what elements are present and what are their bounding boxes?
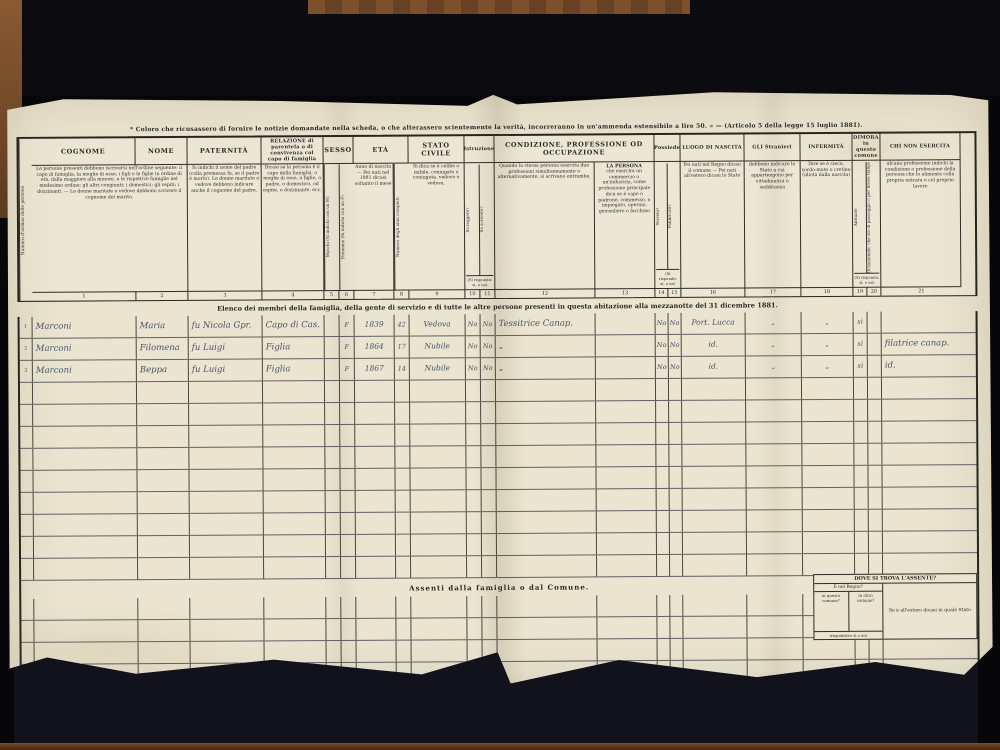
- cell-paternita: [189, 426, 263, 447]
- col-eta-anni-desc: Numero degli anni compiuti: [394, 164, 410, 290]
- col-infermita-title: INFERMITÀ: [800, 134, 852, 161]
- cell-persona: [597, 533, 657, 554]
- cell-occasionale: [869, 532, 883, 553]
- cell-professione: [496, 380, 596, 402]
- cell-anno: 1867: [355, 359, 395, 380]
- col-possiede-num-t: 14: [655, 288, 668, 297]
- cell-paternita: [190, 492, 264, 513]
- cell-luogo: [683, 489, 747, 510]
- cell-stato: [410, 403, 466, 424]
- cell-luogo: [682, 379, 746, 400]
- cell-abituale: [854, 400, 868, 421]
- cell-infermita: [804, 638, 856, 659]
- cell-luogo: [682, 445, 746, 466]
- cell-chi_non: [883, 554, 963, 575]
- cell-cognome: [33, 383, 137, 405]
- col-cognome-num: 1: [32, 292, 136, 302]
- cell-paternita: [189, 382, 263, 403]
- cell-nome: [139, 642, 191, 663]
- cell-abituale: sì: [854, 356, 868, 377]
- cell-f: F: [340, 315, 355, 336]
- cell-chi_non: [883, 510, 963, 531]
- col-dimora-num-o: 20: [867, 287, 881, 296]
- cell-abituale: [854, 422, 868, 443]
- col-condizione-num: 12: [495, 289, 595, 299]
- cell-nome: [137, 448, 189, 469]
- cell-professione: [496, 446, 596, 468]
- cell-professione: [497, 618, 597, 640]
- cell-chi_non: [882, 444, 962, 465]
- cell-occasionale: [870, 638, 884, 659]
- cell-abituale: sì: [854, 334, 868, 355]
- cell-f: [341, 535, 356, 556]
- cell-n: [20, 449, 33, 470]
- cell-m: [325, 403, 340, 424]
- cell-chi_non: [882, 400, 962, 421]
- cell-terreni: No: [656, 357, 669, 378]
- cell-relazione: [263, 469, 325, 490]
- cell-stato: [410, 425, 466, 446]
- cell-stato: Nubile: [410, 337, 466, 358]
- col-condizione-desc: Quando la stessa persona esercita due pr…: [495, 162, 596, 289]
- cell-anno: [355, 425, 395, 446]
- cell-paternita: [191, 642, 265, 663]
- cell-anni: [395, 425, 410, 446]
- cell-relazione: [264, 535, 326, 556]
- cell-occasionale: [868, 400, 882, 421]
- cell-scrivere: [482, 556, 497, 577]
- cell-n: 3: [20, 361, 33, 382]
- cell-f: [341, 557, 356, 578]
- cell-cognome: [34, 493, 138, 515]
- cell-straniero: [747, 555, 803, 576]
- cell-terreni: [656, 467, 669, 488]
- cell-nome: [138, 620, 190, 641]
- cell-f: [341, 513, 356, 534]
- col-istruzione-title: Istruzione: [464, 136, 494, 163]
- cell-infermita: [802, 444, 854, 465]
- cell-straniero: „: [746, 357, 802, 378]
- absent-box-altro-comune: in altro comune?: [849, 592, 883, 631]
- col-row-number-label: Numero d'ordine delle persone: [18, 139, 32, 301]
- col-relazione-title: RELAZIONE di parentela o di convivenza c…: [261, 137, 323, 164]
- table-header: Numero d'ordine delle persone COGNOME NO…: [16, 131, 977, 302]
- cell-stato: [410, 469, 466, 490]
- cell-leggere: [467, 556, 482, 577]
- cell-persona: [596, 335, 656, 356]
- cell-persona: [596, 445, 656, 466]
- cell-chi_non: id.: [882, 356, 962, 377]
- col-nome-num: 2: [136, 291, 188, 300]
- cell-occasionale: [868, 422, 882, 443]
- cell-cognome: [33, 427, 137, 449]
- cell-occasionale: [869, 554, 883, 575]
- cell-occasionale: [869, 488, 883, 509]
- cell-paternita: fu Nicola Gpr.: [189, 316, 263, 337]
- cell-anno: [356, 513, 396, 534]
- cell-m: [326, 491, 341, 512]
- cell-persona: [596, 401, 656, 422]
- cell-infermita: [803, 554, 855, 575]
- absent-location-box: DOVE SI TROVA L'ASSENTE? È nel Regno? in…: [813, 573, 977, 640]
- col-stato-desc: Si dica se è celibe o nubile, coniugato …: [409, 163, 466, 290]
- cell-nome: Beppa: [137, 360, 189, 381]
- cell-stato: [411, 491, 467, 512]
- col-stranieri-title: GLI Stranieri: [744, 134, 800, 161]
- col-luogo-title: LUOGO DI NASCITA: [680, 134, 744, 161]
- cell-anni: [395, 403, 410, 424]
- cell-abituale: [854, 444, 868, 465]
- cell-professione: [496, 468, 596, 490]
- absent-box-estero: Se è all'estero dicasi in quale Stato: [883, 583, 976, 639]
- cell-luogo: [684, 639, 748, 660]
- cell-scrivere: [482, 618, 497, 639]
- cell-persona: [598, 639, 658, 660]
- col-eta-anno-desc: Anno di nascita — Pei nati nel 1881 dica…: [354, 164, 395, 291]
- cell-chi_non: filatrice canap.: [882, 334, 962, 355]
- cell-m: [325, 337, 340, 358]
- cell-straniero: [746, 379, 802, 400]
- cell-f: [341, 619, 356, 640]
- cell-anni: [396, 535, 411, 556]
- cell-infermita: [803, 510, 855, 531]
- cell-luogo: [682, 401, 746, 422]
- cell-persona: [597, 595, 657, 616]
- cell-chi_non: [882, 312, 962, 333]
- cell-straniero: [746, 445, 802, 466]
- cell-professione: [498, 640, 598, 662]
- cell-persona: [597, 511, 657, 532]
- cell-paternita: [189, 404, 263, 425]
- cell-anno: 1864: [355, 337, 395, 358]
- cell-m: [325, 425, 340, 446]
- cell-relazione: [263, 425, 325, 446]
- cell-professione: [497, 512, 597, 534]
- cell-f: [340, 447, 355, 468]
- cell-leggere: [466, 446, 481, 467]
- cell-cognome: [34, 537, 138, 559]
- cell-f: [340, 403, 355, 424]
- cell-occasionale: [869, 510, 883, 531]
- cell-f: [342, 641, 357, 662]
- cell-scrivere: No: [481, 358, 496, 379]
- cell-straniero: [747, 533, 803, 554]
- cell-occasionale: [868, 312, 882, 333]
- cell-stato: [411, 597, 467, 618]
- cell-fabbricati: [670, 533, 683, 554]
- cell-terreni: [657, 533, 670, 554]
- cell-occasionale: [868, 334, 882, 355]
- col-abituale: Abituale: [854, 162, 868, 273]
- cell-anno: [356, 491, 396, 512]
- cell-fabbricati: No: [669, 313, 682, 334]
- col-possiede-title: Possiede: [654, 135, 680, 162]
- col-possiede-sub: Terreni? Fabbricati? (Si risponda: sì, o…: [655, 162, 682, 289]
- col-infermita-num: 18: [801, 287, 853, 296]
- cell-anni: [396, 619, 411, 640]
- cell-relazione: [263, 381, 325, 402]
- cell-terreni: [656, 379, 669, 400]
- cell-leggere: [467, 490, 482, 511]
- cell-fabbricati: [669, 467, 682, 488]
- cell-anno: [357, 641, 397, 662]
- cell-infermita: [803, 532, 855, 553]
- cell-anni: 17: [395, 337, 410, 358]
- cell-straniero: [747, 617, 803, 638]
- cell-paternita: [189, 470, 263, 491]
- cell-professione: [497, 490, 597, 512]
- cell-m: [327, 641, 342, 662]
- col-chi-non-title: CHI NON ESERCITA: [880, 133, 960, 160]
- cell-m: [325, 381, 340, 402]
- col-cognome-nome-desc: Le persone presenti debbono iscriversi n…: [32, 165, 189, 292]
- cell-luogo: [683, 533, 747, 554]
- cell-anno: [356, 619, 396, 640]
- cell-m: [326, 535, 341, 556]
- col-dimora-nota: (Si risponda: sì, o no): [854, 273, 879, 286]
- cell-anni: [396, 557, 411, 578]
- cell-f: [340, 469, 355, 490]
- col-stranieri-num: 17: [745, 288, 801, 297]
- col-nome-title: NOME: [135, 138, 187, 165]
- cell-cognome: [34, 621, 138, 643]
- cell-terreni: [657, 489, 670, 510]
- cell-stato: Nubile: [410, 359, 466, 380]
- col-istruzione-num-s: 11: [480, 289, 495, 298]
- cell-chi_non: [882, 378, 962, 399]
- col-fabbricati: Fabbricati?: [668, 163, 680, 269]
- cell-nome: [137, 470, 189, 491]
- cell-m: [325, 469, 340, 490]
- cell-straniero: [747, 489, 803, 510]
- cell-persona: [597, 489, 657, 510]
- cell-cognome: Marconi: [33, 339, 137, 361]
- col-eta-title: ETÀ: [353, 137, 408, 164]
- wood-table-edge-bottom: [0, 743, 1000, 750]
- cell-scrivere: [482, 534, 497, 555]
- cell-infermita: „: [802, 312, 854, 333]
- cell-anno: [355, 469, 395, 490]
- cell-n: [21, 559, 34, 580]
- cell-professione: „: [496, 358, 596, 380]
- col-sesso-num-m: 5: [324, 290, 339, 299]
- col-istruzione-nota: (Si risponda: sì, o no): [466, 275, 493, 288]
- cell-infermita: „: [802, 356, 854, 377]
- cell-n: 2: [20, 339, 33, 360]
- cell-terreni: No: [656, 335, 669, 356]
- cell-f: [340, 425, 355, 446]
- cell-relazione: Capo di Cas.: [263, 315, 325, 336]
- col-stato-num: 9: [409, 290, 465, 299]
- cell-nome: Filomena: [137, 338, 189, 359]
- cell-leggere: [467, 512, 482, 533]
- dark-cover: [22, 0, 1000, 96]
- cell-leggere: [466, 424, 481, 445]
- cell-straniero: [747, 511, 803, 532]
- cell-occasionale: [868, 444, 882, 465]
- cell-scrivere: [482, 512, 497, 533]
- col-possiede-nota: (Si risponda: sì, o no): [656, 269, 679, 287]
- cell-m: [326, 619, 341, 640]
- cell-abituale: [855, 532, 869, 553]
- cell-professione: [497, 534, 597, 556]
- cell-cognome: [33, 471, 137, 493]
- cell-fabbricati: No: [669, 335, 682, 356]
- cell-m: [325, 447, 340, 468]
- cell-terreni: [657, 617, 670, 638]
- col-stranieri-desc: debbono indicare lo Stato a cui apparten…: [745, 161, 802, 288]
- cell-scrivere: [481, 402, 496, 423]
- cell-persona: [596, 379, 656, 400]
- col-chi-non-desc: alcuna professione indichi la condizione…: [881, 160, 962, 287]
- cell-anni: [396, 513, 411, 534]
- col-sesso-num-f: 6: [339, 290, 354, 299]
- cell-persona: [596, 313, 656, 334]
- wood-table-notch: [308, 0, 690, 14]
- cell-paternita: [189, 448, 263, 469]
- col-eta-num-anni: 8: [394, 290, 409, 299]
- col-istruzione-num-l: 10: [465, 289, 480, 298]
- cell-straniero: „: [746, 313, 802, 334]
- cell-scrivere: [482, 596, 497, 617]
- col-paternita-title: PATERNITÀ: [187, 137, 261, 164]
- col-sa-scrivere: Sa scrivere?: [480, 164, 494, 275]
- cell-f: [340, 381, 355, 402]
- cell-fabbricati: [670, 489, 683, 510]
- cell-paternita: fu Luigi: [189, 360, 263, 381]
- cell-cognome: [34, 599, 138, 621]
- cell-persona: [596, 357, 656, 378]
- cell-luogo: id.: [682, 335, 746, 356]
- cell-anno: [355, 403, 395, 424]
- cell-anni: [395, 469, 410, 490]
- census-sheet: * Coloro che ricusassero di fornire le n…: [4, 87, 994, 695]
- cell-fabbricati: [670, 617, 683, 638]
- cell-occasionale: [868, 466, 882, 487]
- cell-anni: 42: [395, 315, 410, 336]
- cell-anno: 1839: [355, 315, 395, 336]
- cell-abituale: [854, 466, 868, 487]
- cell-anni: [395, 381, 410, 402]
- cell-paternita: fu Luigi: [189, 338, 263, 359]
- cell-m: [326, 513, 341, 534]
- cell-n: [21, 493, 34, 514]
- cell-n: [20, 427, 33, 448]
- col-terreni: Terreni?: [656, 163, 669, 269]
- col-persona-num: 13: [595, 288, 655, 297]
- cell-relazione: [264, 491, 326, 512]
- cell-fabbricati: [669, 445, 682, 466]
- cell-abituale: [855, 554, 869, 575]
- cell-professione: [496, 424, 596, 446]
- cell-m: [325, 359, 340, 380]
- cell-leggere: No: [466, 358, 481, 379]
- cell-nome: [138, 514, 190, 535]
- cell-straniero: [746, 467, 802, 488]
- cell-n: [20, 471, 33, 492]
- cell-fabbricati: [669, 423, 682, 444]
- cell-paternita: [190, 598, 264, 619]
- cell-relazione: [265, 641, 327, 662]
- cell-persona: [596, 423, 656, 444]
- absent-box-questo-comune: in questo comune?: [814, 592, 849, 631]
- cell-n: [21, 515, 34, 536]
- cell-stato: [410, 381, 466, 402]
- cell-abituale: [855, 488, 869, 509]
- cell-anno: [356, 597, 396, 618]
- cell-leggere: [467, 596, 482, 617]
- absent-box-nota: (rispondere sì o no): [814, 631, 882, 639]
- cell-cognome: [33, 449, 137, 471]
- cell-scrivere: No: [481, 314, 496, 335]
- cell-n: [21, 621, 34, 642]
- cell-chi_non: [882, 466, 962, 487]
- cell-relazione: [264, 619, 326, 640]
- cell-nome: [138, 598, 190, 619]
- cell-abituale: [856, 638, 870, 659]
- cell-terreni: [656, 401, 669, 422]
- cell-stato: [411, 619, 467, 640]
- cell-straniero: [746, 423, 802, 444]
- col-dimora-title: DIMORA in questo comune: [852, 134, 880, 161]
- cell-terreni: No: [656, 313, 669, 334]
- cell-f: [341, 597, 356, 618]
- cell-luogo: [683, 595, 747, 616]
- cell-professione: [496, 402, 596, 424]
- cell-anni: [397, 641, 412, 662]
- cell-n: [21, 537, 34, 558]
- col-infermita-desc: Dire se è cieco, sordo-muto o cretino (i…: [801, 161, 854, 288]
- cell-infermita: [802, 400, 854, 421]
- cell-abituale: [855, 510, 869, 531]
- cell-cognome: Marconi: [33, 317, 137, 339]
- col-luogo-num: 16: [681, 288, 745, 297]
- census-form: * Coloro che ricusassero di fornire le n…: [4, 87, 994, 706]
- cell-scrivere: [482, 490, 497, 511]
- cell-infermita: [802, 378, 854, 399]
- cell-stato: [411, 535, 467, 556]
- cell-fabbricati: [671, 639, 684, 660]
- cell-leggere: [467, 618, 482, 639]
- cell-f: [341, 491, 356, 512]
- cell-anni: 14: [395, 359, 410, 380]
- cell-anno: [355, 447, 395, 468]
- cell-relazione: [263, 447, 325, 468]
- cell-relazione: [264, 597, 326, 618]
- table-body: 1MarconiMariafu Nicola Gpr.Capo di Cas.F…: [18, 311, 980, 581]
- cell-relazione: Figlia: [263, 337, 325, 358]
- cell-infermita: [802, 422, 854, 443]
- cell-anno: [356, 557, 396, 578]
- cell-nome: Maria: [137, 316, 189, 337]
- col-occasionale: Occasionale, che sia di passaggio o per …: [867, 162, 880, 273]
- cell-m: [326, 557, 341, 578]
- col-relazione-desc: Dicasi se la persona è il capo della fam…: [262, 164, 325, 291]
- col-sesso-title: SESSO: [323, 137, 353, 164]
- cell-anni: [395, 447, 410, 468]
- cell-stato: [411, 513, 467, 534]
- cell-cognome: [34, 515, 138, 537]
- col-istruzione-sub: Sa leggere? Sa scrivere? (Si risponda: s…: [465, 163, 496, 290]
- cell-terreni: [656, 423, 669, 444]
- cell-abituale: [854, 378, 868, 399]
- cell-nome: [137, 426, 189, 447]
- cell-scrivere: [481, 468, 496, 489]
- cell-nome: [138, 492, 190, 513]
- cell-fabbricati: [670, 555, 683, 576]
- cell-scrivere: No: [481, 336, 496, 357]
- cell-paternita: [190, 620, 264, 641]
